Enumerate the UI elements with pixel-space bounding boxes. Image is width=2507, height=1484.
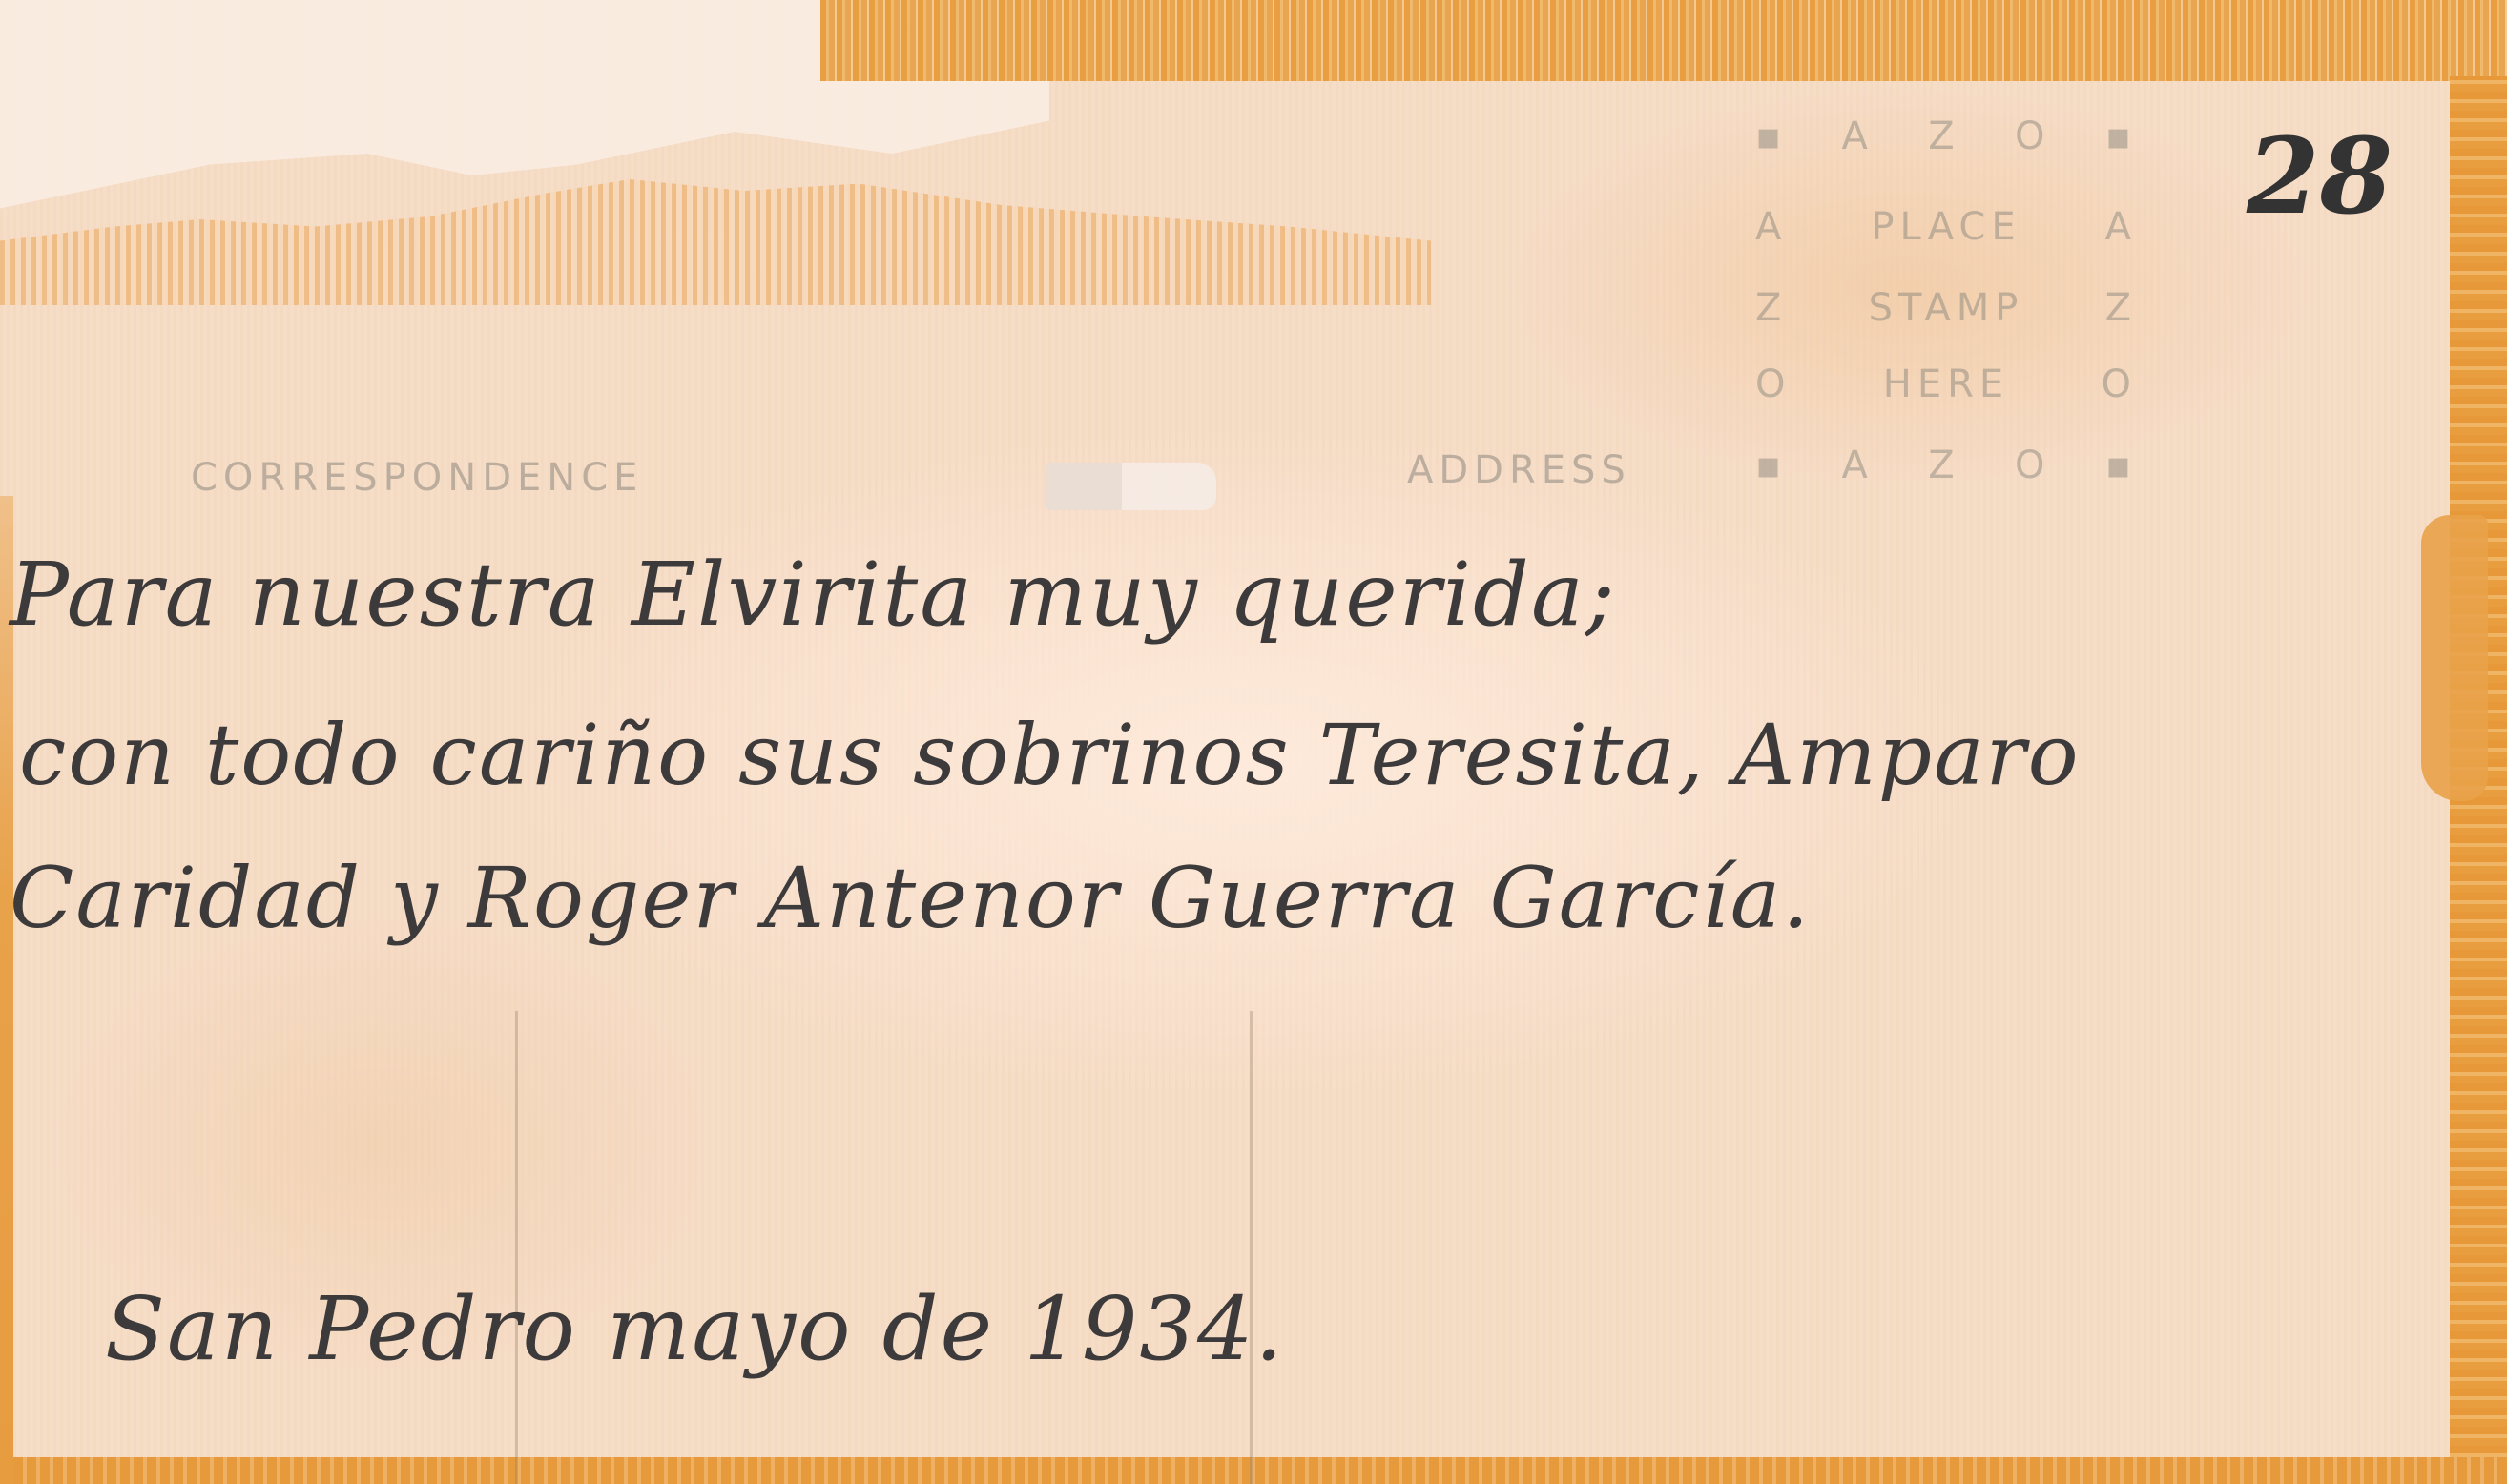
address-label: ADDRESS [1407,448,1631,492]
stamp-border-glyph: Z [1928,443,1959,487]
stain-bottom-border [0,1457,2507,1484]
stamp-border-glyph: Z [2105,286,2137,330]
stamp-text-here: HERE [1841,362,2051,406]
handwritten-line-1: Para nuestra Elvirita muy querida; [10,544,1617,646]
stamp-border-top: ▪ A Z O ▪ [1755,114,2137,158]
postcard-back: 28 CORRESPONDENCE ADDRESS ▪ A Z O ▪ A A … [0,0,2507,1484]
stamp-border-glyph: A [1841,114,1873,158]
stamp-text-place: PLACE [1841,205,2051,249]
stain-top-border [820,0,2507,81]
stain-right-blob [2421,515,2488,801]
stamp-border-glyph: O [2102,362,2137,406]
handwritten-place-date: San Pedro mayo de 1934. [105,1278,1285,1380]
stamp-text-stamp: STAMP [1841,286,2051,330]
stamp-border-glyph: O [2015,114,2050,158]
stamp-border-glyph: ▪ [1755,114,1787,158]
stamp-border-glyph: ▪ [2105,114,2137,158]
stamp-border-glyph: O [2015,443,2050,487]
paper-crease [1250,1011,1253,1484]
stamp-border-bottom: ▪ A Z O ▪ [1755,443,2137,487]
corner-number: 28 [2247,114,2393,237]
correspondence-label: CORRESPONDENCE [191,456,643,500]
paper-crease [515,1011,518,1484]
water-stain-top-left [0,162,1431,305]
stamp-border-glyph: Z [1755,286,1787,330]
stamp-border-glyph: Z [1928,114,1959,158]
stamp-box: ▪ A Z O ▪ A A PLACE Z Z STAMP O O HERE ▪… [1755,114,2137,486]
stamp-border-glyph: A [1841,443,1873,487]
stamp-border-glyph: ▪ [1755,443,1787,487]
handwritten-line-2: con todo cariño sus sobrinos Teresita, A… [19,706,2081,804]
stamp-border-glyph: O [1755,362,1791,406]
paper-scrap-mark [1045,463,1216,510]
stamp-border-glyph: A [1755,205,1787,249]
handwritten-line-3: Caridad y Roger Antenor Guerra García. [10,849,1811,947]
stamp-border-glyph: ▪ [2105,443,2137,487]
stamp-border-glyph: A [2105,205,2137,249]
